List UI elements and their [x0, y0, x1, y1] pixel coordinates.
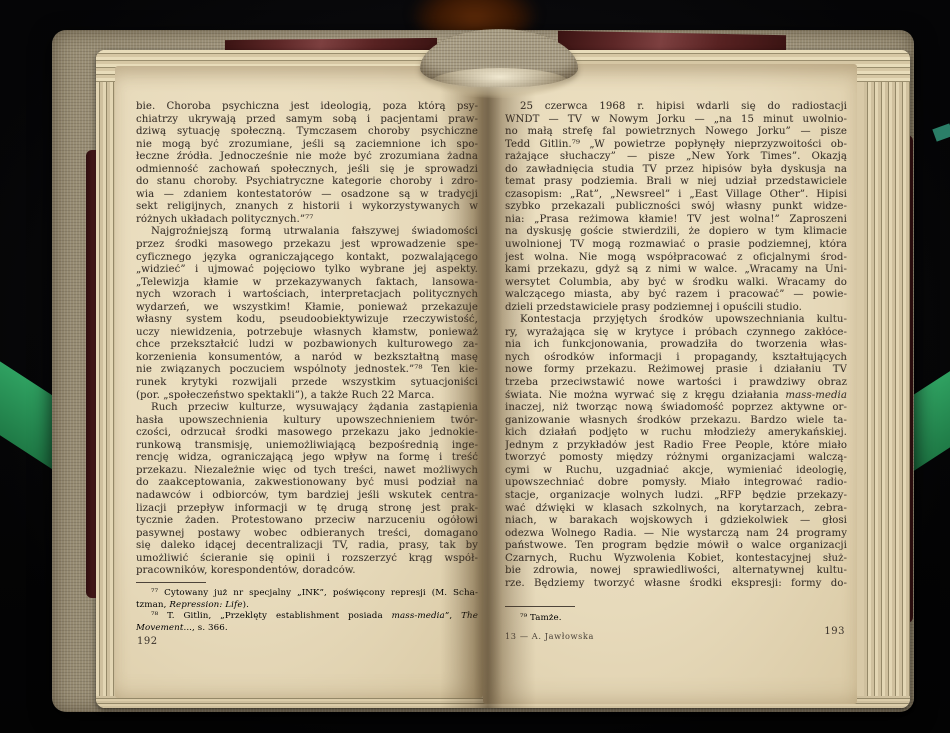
text-line: Najgroźniejszą formą utrwalania fałszywe…: [136, 226, 478, 239]
text-line: nie związanych poczuciem wspólnoty jedno…: [136, 364, 478, 377]
text-line: „widzieć” i ujmować pojęciowo tylko wybr…: [136, 264, 478, 277]
text-line: czości, odrzucał środki masowego przekaz…: [136, 427, 478, 440]
page-number-left: 192: [137, 636, 158, 647]
text-line: trzeba przeciwstawić nowe wartości i pra…: [505, 377, 847, 390]
text-line: inaczej, niż tworząc nową świadomość pop…: [505, 402, 847, 415]
text-line: uwolnionej TV mogą rozmawiać o prasie po…: [505, 239, 847, 252]
photo-of-open-book: { "colors": { "background": "#0a0a0d", "…: [0, 0, 950, 733]
printer-signature: 13 — A. Jawłowska: [505, 631, 594, 641]
text-line: Ruch przeciw kulturze, wysuwający żądani…: [136, 402, 478, 415]
text-line: nych ośrodków informacji i propagandy, k…: [505, 352, 847, 365]
text-line: tycznie żaden. Protestowano przeciw narz…: [136, 515, 478, 528]
text-line: ganizowanie własnych środków przekazu. B…: [505, 415, 847, 428]
text-line: odezwa Wolnego Radia. — Nie wystarczą na…: [505, 528, 847, 541]
text-line: rażające słuchaczy” — pisze „New York Ti…: [505, 151, 847, 164]
text-line: do stanu choroby. Psychiatryczne kategor…: [136, 176, 478, 189]
text-line: runkową transmisję, uniemożliwiającą bez…: [136, 440, 478, 453]
text-line: hasła upowszechnienia kultury upowszechn…: [136, 415, 478, 428]
text-line: 25 czerwca 1968 r. hipisi wdarli się do …: [505, 101, 847, 114]
text-line: kami przekazu, gdyż są z nimi w walce. „…: [505, 264, 847, 277]
text-line: (por. „społeczeństwo spektakli”), a takż…: [136, 390, 478, 403]
text-line: Jednym z przykładów jest Radio Free Peop…: [505, 440, 847, 453]
text-line: odmienność zachowań społecznych, jeśli s…: [136, 164, 478, 177]
text-line: rze. Będziemy tworzyć własne środki eksp…: [505, 578, 847, 591]
text-line: Czarnych, Ruchu Wyzwolenia Kobiet, konte…: [505, 553, 847, 566]
text-line: wersytet Columbia, aby być w środku walk…: [505, 277, 847, 290]
text-line: Tedd Gitlin.⁷⁹ „W powietrze popłynęły ni…: [505, 139, 847, 152]
text-line: umożliwić ścieranie się opinii i rozszer…: [136, 553, 478, 566]
page-curl-highlight: [430, 68, 570, 98]
text-line: ⁷⁹ Tamże.: [505, 613, 847, 625]
text-line: kich działań podjęto w ruchu młodzieży a…: [505, 427, 847, 440]
text-line: WNDT — TV w Nowym Jorku — „na 15 minut u…: [505, 114, 847, 127]
text-line: dzieli przedstawiciele prasy podziemnej …: [505, 302, 847, 315]
text-line: różnych układach politycznych.”⁷⁷: [136, 214, 478, 227]
text-line: Movement..., s. 366.: [136, 623, 478, 635]
text-line: uczy niewidzenia, potrzebuje własnych kł…: [136, 327, 478, 340]
text-line: upowszechniać dobre pomysły. Miało integ…: [505, 477, 847, 490]
text-line: ⁷⁷ Cytowany już nr specjalny „INK”, pośw…: [136, 588, 478, 600]
left-page-footnotes: ⁷⁷ Cytowany już nr specjalny „INK”, pośw…: [136, 588, 478, 634]
text-line: rencję widza, ograniczającą jego wpływ n…: [136, 452, 478, 465]
text-line: stacje, organizacje wolnych ludzi. „RFP …: [505, 490, 847, 503]
text-line: lizacji przepływ informacji w tę drugą s…: [136, 503, 478, 516]
text-line: nie mogą być zrozumiane, jeśli są zaciem…: [136, 139, 478, 152]
text-line: wydarzeń, we wszystkim! Kłamie, ponieważ…: [136, 302, 478, 315]
text-line: cymi w Ruchu, uzgadniać akcje, wymieniać…: [505, 465, 847, 478]
text-line: jest wolna. Nie mogą współpracować z ofi…: [505, 252, 847, 265]
text-line: bie zdrowia, nowej sprawiedliwości, alte…: [505, 565, 847, 578]
text-line: chiatrzy ukrywają przed samym sobą i pac…: [136, 114, 478, 127]
text-line: korzenienia konsumentów, a naród w bezks…: [136, 352, 478, 365]
text-line: „Telewizja kłamie w przekazywanych fakta…: [136, 277, 478, 290]
text-line: walczącego miasta, aby być razem i praco…: [505, 289, 847, 302]
text-line: runek krytyki rozwijali przede wszystkim…: [136, 377, 478, 390]
text-line: pasywnej postawy wobec odbieranych treśc…: [136, 528, 478, 541]
text-line: ry, wyrażająca się w krytyce i próbach c…: [505, 327, 847, 340]
text-line: sekt religijnych, znanych z historii i w…: [136, 201, 478, 214]
footnote-rule: [505, 606, 575, 607]
text-line: do zaakceptowania, zakwestionowany być m…: [136, 477, 478, 490]
text-line: się daleko idącej decentralizacji TV, ra…: [136, 540, 478, 553]
text-line: wać dźwięki w klasach szkolnych, na kory…: [505, 503, 847, 516]
footnote-rule: [136, 582, 206, 583]
text-line: tworzyć pomosty między różnymi organizac…: [505, 452, 847, 465]
page-edges-right: [864, 50, 910, 708]
text-line: na dyskusję goście stwierdzili, że dopie…: [505, 226, 847, 239]
text-line: czasopism: „Rat”, „Newsreel” i „East Vil…: [505, 189, 847, 202]
text-line: przekazu. Niezależnie więc od tych treśc…: [136, 465, 478, 478]
text-line: własny system kodu, pseudoobiektywizuje …: [136, 314, 478, 327]
text-line: pracowników, korespondentów, doradców.: [136, 565, 478, 578]
text-line: nadawców i odbiorców, tym bardziej jeśli…: [136, 490, 478, 503]
text-line: wia — zdaniem kontestatorów — osadzone s…: [136, 189, 478, 202]
text-line: bie. Choroba psychiczna jest ideologią, …: [136, 101, 478, 114]
text-line: świata. Nie można wyrwać się z kręgu dzi…: [505, 390, 847, 403]
text-line: niach, w barakach wojskowych i gdziekolw…: [505, 515, 847, 528]
text-line: łeczne źródła. Jednocześnie nie może być…: [136, 151, 478, 164]
text-line: nowe formy przekazu. Reżimowej prasie i …: [505, 364, 847, 377]
text-line: nia: „Prasa reżimowa kłamie! TV jest wol…: [505, 214, 847, 227]
text-line: chce przekształcić ludzi w pozbawionych …: [136, 339, 478, 352]
text-line: przez środki masowego przekazu jest wpro…: [136, 239, 478, 252]
text-line: cyficznego języka ograniczającego kontak…: [136, 252, 478, 265]
text-line: Kontestacja przyjętych środków upowszech…: [505, 314, 847, 327]
right-page-text: 25 czerwca 1968 r. hipisi wdarli się do …: [505, 101, 847, 590]
text-line: no małą strefę fal powietrznych Nowego J…: [505, 126, 847, 139]
right-page: 25 czerwca 1968 r. hipisi wdarli się do …: [483, 64, 857, 704]
text-line: do zawładnięcia studia TV przez hipisów …: [505, 164, 847, 177]
text-line: ⁷⁸ T. Gitlin, „Przeklęty establishment p…: [136, 611, 478, 623]
text-line: szybko przekazali publiczności swój włas…: [505, 201, 847, 214]
left-page-text: bie. Choroba psychiczna jest ideologią, …: [136, 101, 478, 578]
text-line: temat prasy podziemia. Brali w niej udzi…: [505, 176, 847, 189]
right-page-footnotes: ⁷⁹ Tamże.: [505, 613, 847, 625]
text-line: tzman, Repression: Life).: [136, 600, 478, 612]
text-line: nych wzorach i wartościach, interpretacj…: [136, 289, 478, 302]
text-line: nia ich funkcjonowania, prowadziła do tw…: [505, 339, 847, 352]
text-line: państwowe. Ten program będzie mówił o wa…: [505, 540, 847, 553]
left-page: bie. Choroba psychiczna jest ideologią, …: [115, 66, 483, 698]
page-number-right: 193: [824, 626, 845, 637]
text-line: dziwą sytuację społeczną. Tymczasem chor…: [136, 126, 478, 139]
